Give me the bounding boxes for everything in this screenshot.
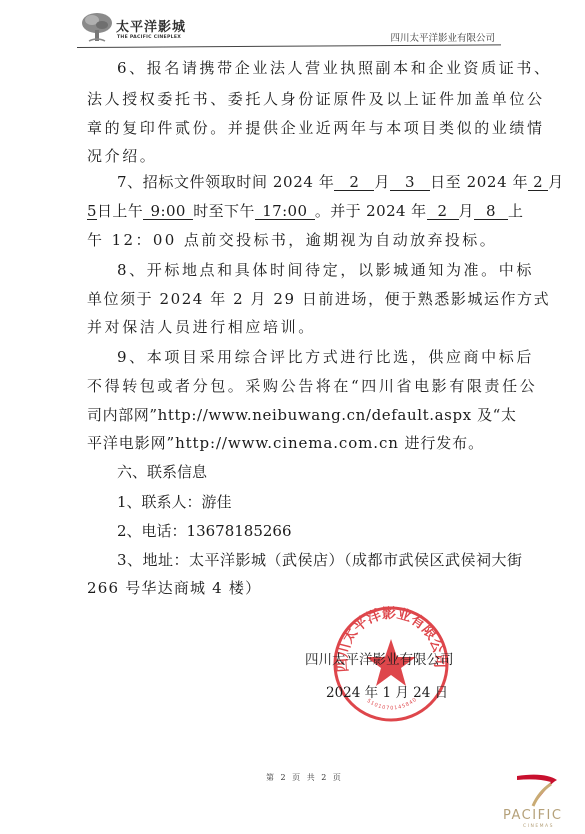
signature-company: 四川太平洋影业有限公司 [305, 648, 454, 668]
tree-logo-icon [80, 10, 114, 46]
contact-address-line1: 3、地址：太平洋影城（武侯店）（成都市武侯区武侯祠大街 [117, 550, 523, 570]
item7-text: 时至下午 [193, 202, 255, 220]
day-blank: 3 [390, 174, 430, 191]
item7-text: 日上午 [97, 202, 143, 220]
item7-text: 7、招标文件领取时间 2024 年 [117, 173, 334, 191]
swoosh-icon [505, 770, 565, 808]
item8-line2: 单位须于 2024 年 2 月 29 日前进场，便于熟悉影城运作方式 [87, 289, 550, 309]
item6-line1: 6、报名请携带企业法人营业执照副本和企业资质证书、 [117, 58, 552, 78]
item7-text: 月 [374, 173, 390, 191]
item9-line2: 不得转包或者分包。采购公告将在“四川省电影有限责任公 [87, 376, 537, 396]
brand-name: PACIFIC [503, 808, 562, 823]
item7-text: 。并于 2024 年 [315, 202, 427, 220]
month-blank: 2 [427, 203, 459, 220]
month-blank: 2 [528, 174, 548, 191]
item6-line3: 章的复印件贰份。并提供企业近两年与本项目类似的业绩情 [87, 118, 545, 138]
header-company-name: 四川太平洋影业有限公司 [390, 30, 495, 44]
contact-address-line2: 266 号华达商城 4 楼） [87, 578, 261, 598]
item8-line1: 8、开标地点和具体时间待定，以影城通知为准。中标 [117, 260, 534, 280]
signature-date: 2024 年 1 月 24 日 [326, 681, 448, 701]
page-number: 第 2 页 共 2 页 [266, 772, 343, 783]
end-time-blank: 17:00 [255, 203, 315, 220]
item9-line3: 司内部网”http://www.neibuwang.cn/default.asp… [87, 405, 517, 425]
item7-line3: 午 12：00 点前交投标书，逾期视为自动放弃投标。 [87, 230, 497, 250]
month-blank: 2 [334, 174, 374, 191]
item9-line4: 平洋电影网”http://www.cinema.com.cn 进行发布。 [87, 433, 484, 453]
item7-text: 月 [459, 202, 474, 220]
item7-text: 月 [548, 173, 564, 191]
item9-line1: 9、本项目采用综合评比方式进行比选，供应商中标后 [117, 347, 534, 367]
header-logo: 太平洋影城 THE PACIFIC CINEPLEX [80, 10, 200, 46]
contact-person: 1、联系人：游佳 [117, 492, 232, 512]
day-blank: 8 [474, 203, 508, 220]
start-time-blank: 9:00 [143, 203, 193, 220]
item7-text: 上 [508, 202, 523, 220]
contact-phone: 2、电话：13678185266 [117, 521, 292, 541]
item8-line3: 并对保洁人员进行相应培训。 [87, 317, 316, 337]
day-blank: 5 [87, 203, 97, 220]
item7-text: 日至 2024 年 [430, 173, 528, 191]
contact-heading: 六、联系信息 [117, 462, 207, 482]
brand-subtitle: CINEMAS [523, 824, 554, 829]
item6-line2: 法人授权委托书、委托人身份证原件及以上证件加盖单位公 [87, 89, 545, 109]
item7-line2: 5日上午9:00时至下午17:00。并于 2024 年2月8上 [87, 201, 523, 221]
logo-english-name: THE PACIFIC CINEPLEX [117, 35, 181, 40]
logo-chinese-name: 太平洋影城 [116, 16, 186, 35]
item6-line4: 况介绍。 [87, 146, 157, 166]
item7-line1: 7、招标文件领取时间 2024 年2月3日至 2024 年2月 [117, 172, 564, 192]
pacific-cinemas-logo: PACIFIC CINEMAS [495, 770, 585, 834]
